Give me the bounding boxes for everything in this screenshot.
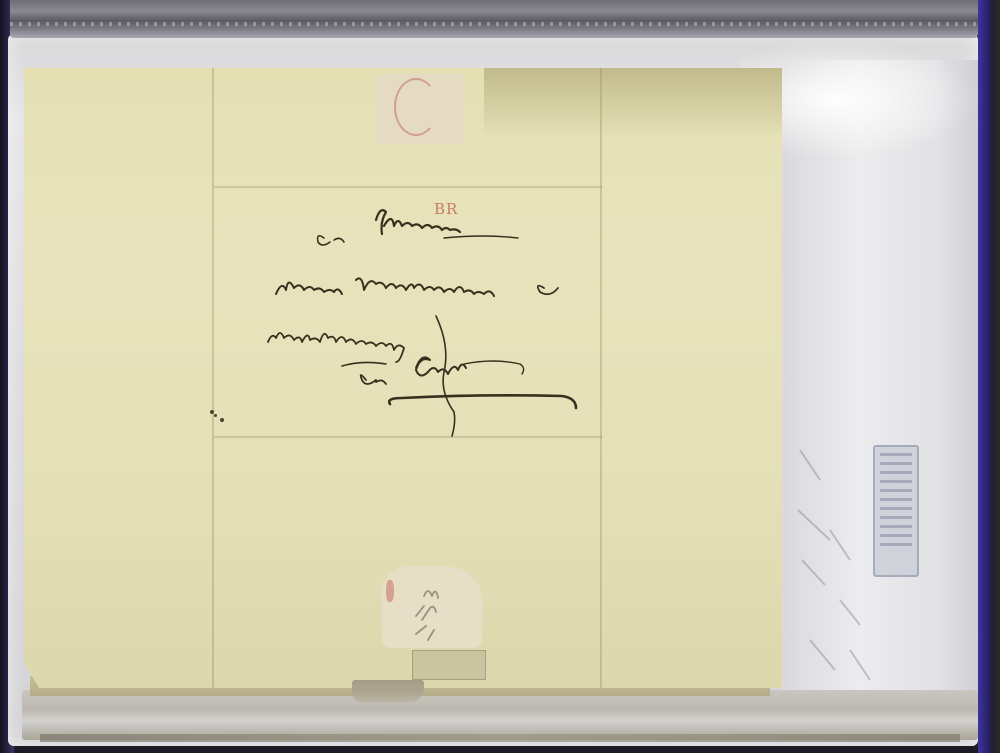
torn-paper-fragment	[352, 680, 424, 702]
seal-red-trace	[386, 580, 394, 602]
archive-label	[873, 445, 919, 577]
letter-sheet: BR a Monsieur Monsieur Vandenbroeck &	[24, 68, 782, 688]
seal-remnant	[382, 566, 482, 648]
sleeve-bottom-rail	[22, 690, 978, 740]
paper-tab	[412, 650, 486, 680]
binder-spine-right	[978, 0, 1000, 753]
bottom-edge-shadow	[40, 734, 960, 742]
sleeve-top-rail	[10, 0, 978, 38]
docket-note: 1/9/0	[24, 68, 27, 69]
